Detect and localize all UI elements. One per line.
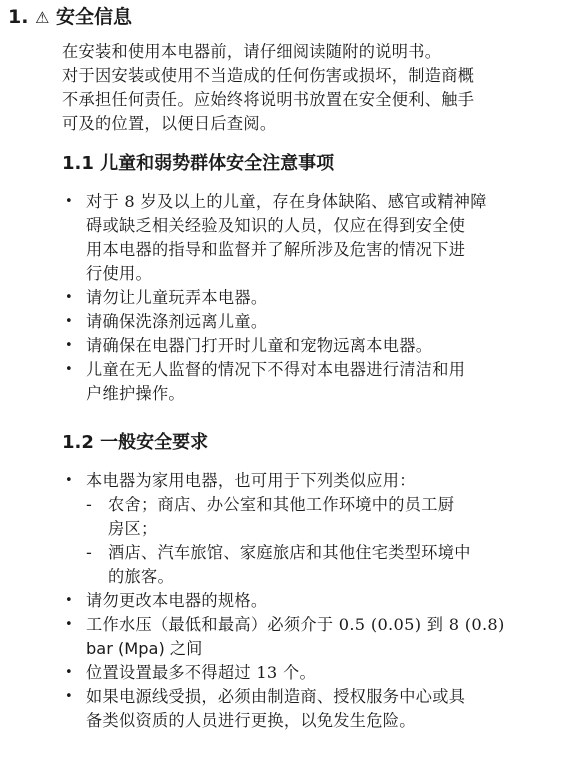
list-item: • 位置设置最多不得超过 13 个。 bbox=[62, 661, 562, 685]
text-line: 请勿让儿童玩弄本电器。 bbox=[86, 286, 562, 310]
text-line: 房区； bbox=[108, 517, 562, 541]
bullet-icon: • bbox=[65, 358, 73, 382]
section-heading-safety-info: 1. ⚠ 安全信息 bbox=[8, 4, 132, 31]
subsection-heading-general-safety: 1.2 一般安全要求 bbox=[62, 430, 208, 456]
list-item: • 请勿让儿童玩弄本电器。 bbox=[62, 286, 562, 310]
text-line: 可及的位置，以便日后查阅。 bbox=[62, 112, 562, 136]
sub-list-item: - 酒店、汽车旅馆、家庭旅店和其他住宅类型环境中 的旅客。 bbox=[86, 541, 562, 589]
text-line: 在安装和使用本电器前，请仔细阅读随附的说明书。 bbox=[62, 40, 562, 64]
list-item: • 工作水压（最低和最高）必须介于 0.5 (0.05) 到 8 (0.8) b… bbox=[62, 613, 562, 661]
text-line: 农舍；商店、办公室和其他工作环境中的员工厨 bbox=[108, 493, 562, 517]
list-item: • 本电器为家用电器，也可用于下列类似应用： - 农舍；商店、办公室和其他工作环… bbox=[62, 469, 562, 589]
general-safety-list: • 本电器为家用电器，也可用于下列类似应用： - 农舍；商店、办公室和其他工作环… bbox=[62, 469, 562, 733]
bullet-icon: • bbox=[65, 310, 73, 334]
section-title: 安全信息 bbox=[56, 6, 132, 28]
text-line: 对于 8 岁及以上的儿童，存在身体缺陷、感官或精神障 bbox=[86, 190, 562, 214]
intro-paragraph: 在安装和使用本电器前，请仔细阅读随附的说明书。 对于因安装或使用不当造成的任何伤… bbox=[62, 40, 562, 136]
text-line: 工作水压（最低和最高）必须介于 0.5 (0.05) 到 8 (0.8) bbox=[86, 613, 562, 637]
children-safety-list: • 对于 8 岁及以上的儿童，存在身体缺陷、感官或精神障 碍或缺乏相关经验及知识… bbox=[62, 190, 562, 406]
bullet-icon: • bbox=[65, 589, 73, 613]
text-line: 备类似资质的人员进行更换，以免发生危险。 bbox=[86, 709, 562, 733]
text-line: 位置设置最多不得超过 13 个。 bbox=[86, 661, 562, 685]
text-line: 用本电器的指导和监督并了解所涉及危害的情况下进 bbox=[86, 238, 562, 262]
section-number: 1. bbox=[8, 6, 28, 28]
bullet-icon: • bbox=[65, 190, 73, 214]
dash-icon: - bbox=[86, 493, 92, 517]
list-item: • 请勿更改本电器的规格。 bbox=[62, 589, 562, 613]
bullet-icon: • bbox=[65, 685, 73, 709]
text-line: 对于因安装或使用不当造成的任何伤害或损坏，制造商概 bbox=[62, 64, 562, 88]
list-item: • 如果电源线受损，必须由制造商、授权服务中心或具 备类似资质的人员进行更换，以… bbox=[62, 685, 562, 733]
text-line: 行使用。 bbox=[86, 262, 562, 286]
text-line: 儿童在无人监督的情况下不得对本电器进行清洁和用 bbox=[86, 358, 562, 382]
list-item: • 儿童在无人监督的情况下不得对本电器进行清洁和用 户维护操作。 bbox=[62, 358, 562, 406]
text-line: 不承担任何责任。应始终将说明书放置在安全便利、触手 bbox=[62, 88, 562, 112]
text-line: 户维护操作。 bbox=[86, 382, 562, 406]
text-line: 请确保在电器门打开时儿童和宠物远离本电器。 bbox=[86, 334, 562, 358]
list-item: • 请确保在电器门打开时儿童和宠物远离本电器。 bbox=[62, 334, 562, 358]
subsection-heading-children-safety: 1.1 儿童和弱势群体安全注意事项 bbox=[62, 151, 334, 177]
text-line: bar (Mpa) 之间 bbox=[86, 637, 562, 661]
text-line: 请确保洗涤剂远离儿童。 bbox=[86, 310, 562, 334]
bullet-icon: • bbox=[65, 469, 73, 493]
text-line: 酒店、汽车旅馆、家庭旅店和其他住宅类型环境中 bbox=[108, 541, 562, 565]
warning-icon: ⚠ bbox=[35, 8, 49, 27]
text-line: 请勿更改本电器的规格。 bbox=[86, 589, 562, 613]
text-line: 的旅客。 bbox=[108, 565, 562, 589]
text-line: 本电器为家用电器，也可用于下列类似应用： bbox=[86, 469, 562, 493]
text-line: 碍或缺乏相关经验及知识的人员，仅应在得到安全使 bbox=[86, 214, 562, 238]
sub-list-item: - 农舍；商店、办公室和其他工作环境中的员工厨 房区； bbox=[86, 493, 562, 541]
bullet-icon: • bbox=[65, 613, 73, 637]
bullet-icon: • bbox=[65, 661, 73, 685]
bullet-icon: • bbox=[65, 286, 73, 310]
text-line: 如果电源线受损，必须由制造商、授权服务中心或具 bbox=[86, 685, 562, 709]
dash-icon: - bbox=[86, 541, 92, 565]
list-item: • 对于 8 岁及以上的儿童，存在身体缺陷、感官或精神障 碍或缺乏相关经验及知识… bbox=[62, 190, 562, 286]
bullet-icon: • bbox=[65, 334, 73, 358]
list-item: • 请确保洗涤剂远离儿童。 bbox=[62, 310, 562, 334]
